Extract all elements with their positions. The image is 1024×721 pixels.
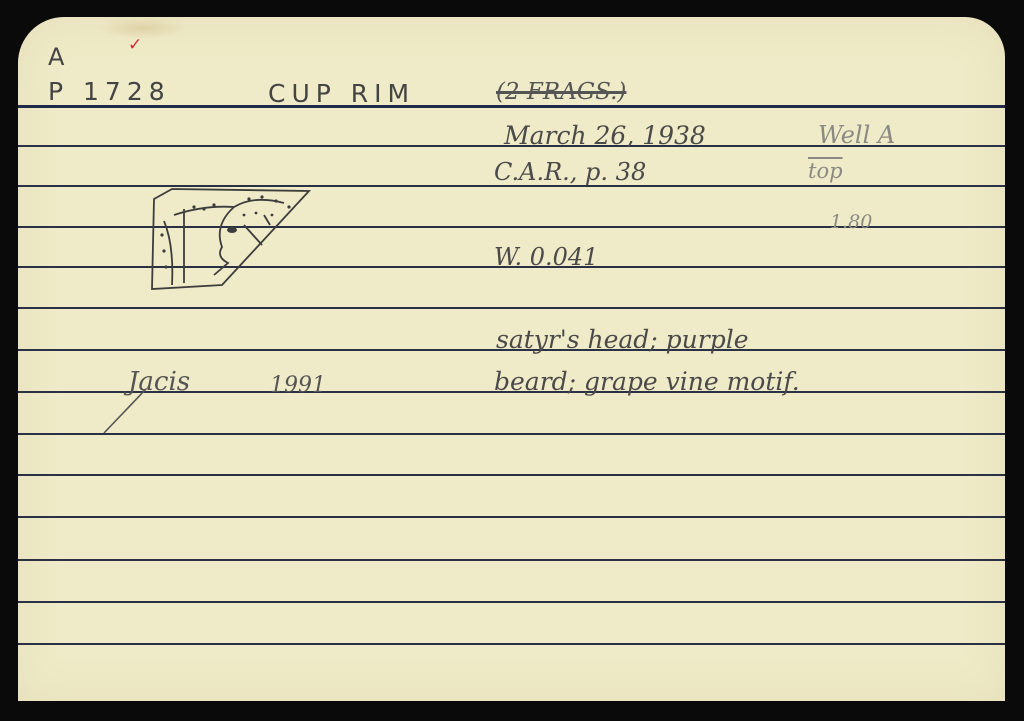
rule-line	[18, 559, 1005, 561]
date: March 26, 1938	[504, 121, 706, 150]
signature-stroke	[102, 387, 162, 437]
inventory-number: P 1728	[48, 77, 171, 106]
rule-line	[18, 433, 1005, 435]
annotation-year: 1991	[270, 373, 326, 398]
location: Well A	[818, 121, 895, 149]
rule-line	[18, 643, 1005, 645]
object-type: CUP RIM	[268, 79, 415, 108]
check-mark-icon: ✓	[128, 35, 142, 55]
rule-line	[18, 516, 1005, 518]
rule-line	[18, 307, 1005, 309]
dimension: W. 0.041	[494, 243, 598, 271]
depth: 1.80	[830, 211, 872, 233]
location-sub: top	[808, 159, 843, 183]
stain	[98, 17, 188, 39]
satyr-head-sketch-icon	[144, 185, 314, 295]
struck-fragment-count: (2 FRAGS.)	[496, 79, 626, 105]
reference: C.A.R., p. 38	[494, 158, 646, 186]
section-letter: A	[48, 43, 70, 71]
description-line-2: beard; grape vine motif.	[494, 367, 800, 396]
rule-line	[18, 474, 1005, 476]
index-card: A ✓ P 1728 CUP RIM (2 FRAGS.) March 26, …	[18, 17, 1005, 701]
description-line-1: satyr's head; purple	[496, 325, 749, 354]
rule-line	[18, 601, 1005, 603]
